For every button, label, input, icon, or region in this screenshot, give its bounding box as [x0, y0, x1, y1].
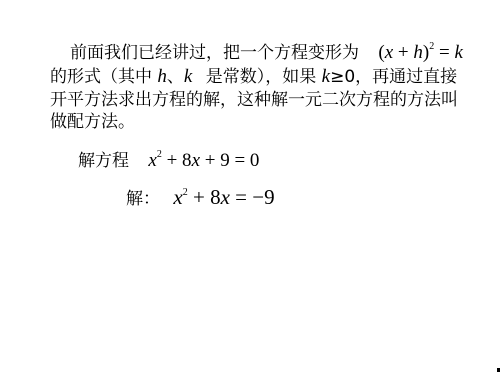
variable-k: k — [184, 66, 192, 87]
paragraph-text: 是常数），如果 — [206, 67, 317, 87]
problem-label: 解方程 — [78, 151, 129, 171]
solution-step: 解： x2 + 8x = −9 — [126, 184, 275, 210]
paragraph-text: ≥0，再通过直接 — [330, 67, 457, 87]
variable-k: k — [322, 66, 330, 87]
paragraph-line-4: 做配方法。 — [50, 107, 135, 132]
paragraph-text: 前面我们已经讲过，把一个方程变形为 — [70, 43, 359, 63]
formula-x-plus-h-squared-equals-k: (x + h)2 = k — [378, 42, 462, 63]
solution-label: 解： — [126, 189, 160, 209]
paragraph-text: 的形式（其中 — [50, 67, 152, 87]
problem-statement: 解方程 x2 + 8x + 9 = 0 — [78, 146, 259, 172]
paragraph-line-1: 前面我们已经讲过，把一个方程变形为 (x + h)2 = k — [70, 38, 463, 64]
variable-h: h — [157, 66, 167, 87]
solution-equation: x2 + 8x = −9 — [173, 185, 274, 209]
separator: 、 — [167, 67, 184, 87]
problem-equation: x2 + 8x + 9 = 0 — [148, 150, 259, 171]
